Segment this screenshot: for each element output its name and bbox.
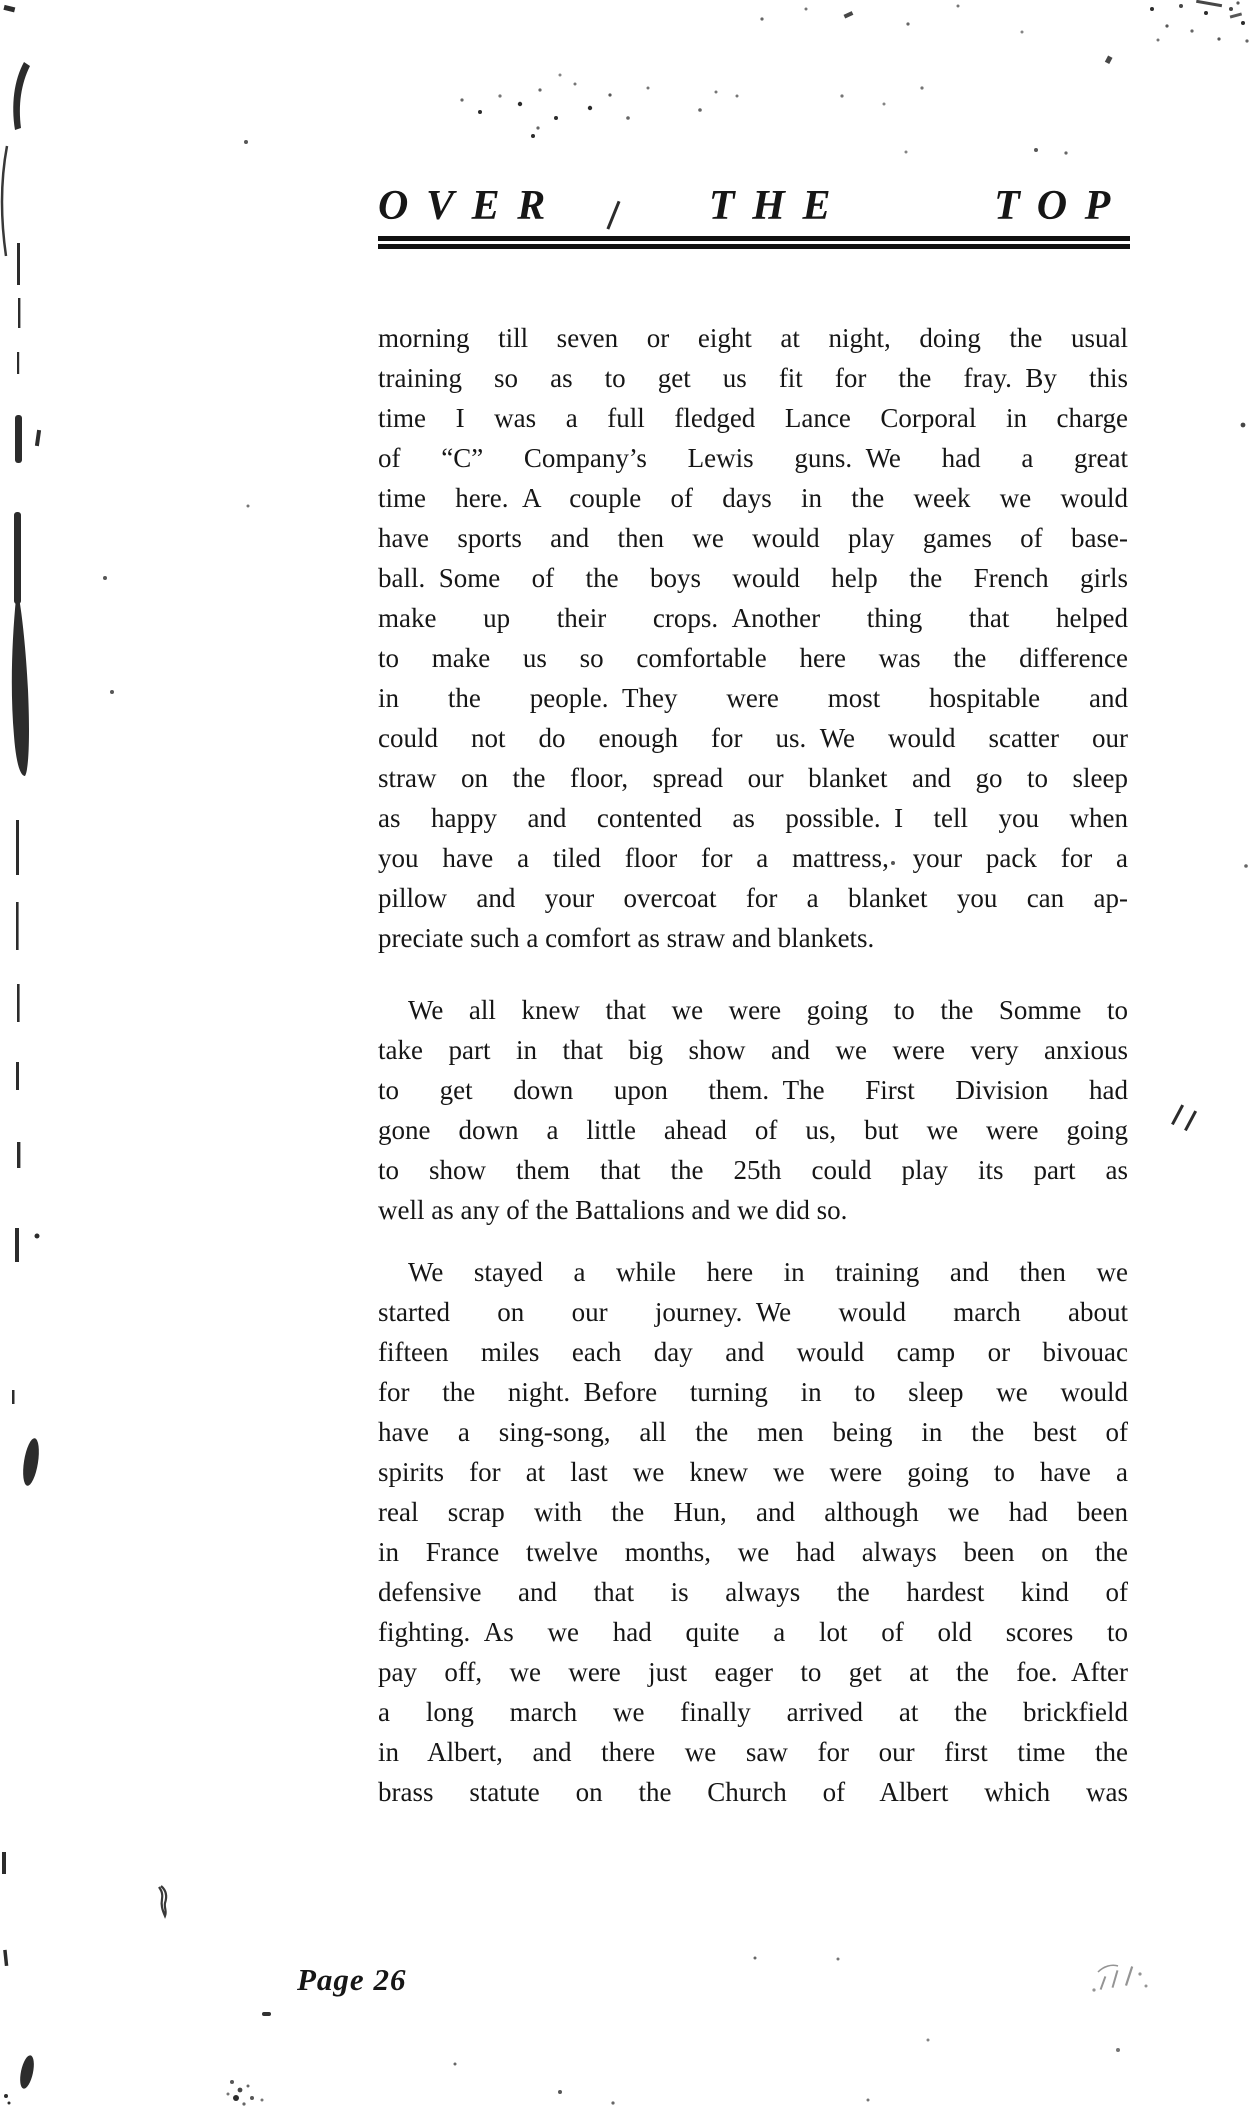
text-line: ball. Some of the boys would help the Fr…: [378, 558, 1128, 598]
text-line: pillow and your overcoat for a blanket y…: [378, 878, 1128, 918]
running-head-word: TOP: [994, 182, 1128, 230]
text-line: of “C” Company’s Lewis guns. We had a gr…: [378, 438, 1128, 478]
double-rule: [378, 236, 1130, 249]
running-head-word: THE: [709, 182, 848, 230]
text-line: you have a tiled floor for a mattress, y…: [378, 838, 1128, 878]
text-line: in the people. They were most hospitable…: [378, 678, 1128, 718]
page-number: Page 26: [297, 1962, 406, 1998]
text-line: well as any of the Battalions and we did…: [378, 1190, 1128, 1230]
book-page-scan: OVER THE TOP morning till seven or eight…: [0, 0, 1250, 2106]
text-line: as happy and contented as possible. I te…: [378, 798, 1128, 838]
text-line: to show them that the 25th could play it…: [378, 1150, 1128, 1190]
text-line: started on our journey. We would march a…: [378, 1292, 1128, 1332]
text-line: defensive and that is always the hardest…: [378, 1572, 1128, 1612]
paragraph: We stayed a while here in training and t…: [378, 1252, 1128, 1812]
page-body: morning till seven or eight at night, do…: [378, 318, 1128, 1812]
text-line: training so as to get us fit for the fra…: [378, 358, 1128, 398]
text-line: pay off, we were just eager to get at th…: [378, 1652, 1128, 1692]
text-line: preciate such a comfort as straw and bla…: [378, 918, 1128, 958]
text-line: for the night. Before turning in to slee…: [378, 1372, 1128, 1412]
text-line: to get down upon them. The First Divisio…: [378, 1070, 1128, 1110]
text-line: time I was a full fledged Lance Corporal…: [378, 398, 1128, 438]
text-line: take part in that big show and we were v…: [378, 1030, 1128, 1070]
text-line: We all knew that we were going to the So…: [378, 990, 1128, 1030]
text-line: real scrap with the Hun, and although we…: [378, 1492, 1128, 1532]
text-line: gone down a little ahead of us, but we w…: [378, 1110, 1128, 1150]
text-line: spirits for at last we knew we were goin…: [378, 1452, 1128, 1492]
text-line: We stayed a while here in training and t…: [378, 1252, 1128, 1292]
text-line: to make us so comfortable here was the d…: [378, 638, 1128, 678]
text-line: fighting. As we had quite a lot of old s…: [378, 1612, 1128, 1652]
paragraph: morning till seven or eight at night, do…: [378, 318, 1128, 958]
text-line: make up their crops. Another thing that …: [378, 598, 1128, 638]
text-line: in France twelve months, we had always b…: [378, 1532, 1128, 1572]
text-line: have a sing-song, all the men being in t…: [378, 1412, 1128, 1452]
paragraph: We all knew that we were going to the So…: [378, 990, 1128, 1230]
text-line: time here. A couple of days in the week …: [378, 478, 1128, 518]
running-head-word: OVER: [378, 182, 563, 230]
text-line: have sports and then we would play games…: [378, 518, 1128, 558]
text-line: in Albert, and there we saw for our firs…: [378, 1732, 1128, 1772]
text-line: fifteen miles each day and would camp or…: [378, 1332, 1128, 1372]
text-line: morning till seven or eight at night, do…: [378, 318, 1128, 358]
text-line: a long march we finally arrived at the b…: [378, 1692, 1128, 1732]
text-line: could not do enough for us. We would sca…: [378, 718, 1128, 758]
rule-line: [378, 244, 1130, 249]
text-line: straw on the floor, spread our blanket a…: [378, 758, 1128, 798]
running-head: OVER THE TOP: [378, 182, 1128, 230]
text-line: brass statute on the Church of Albert wh…: [378, 1772, 1128, 1812]
rule-line: [378, 236, 1130, 241]
